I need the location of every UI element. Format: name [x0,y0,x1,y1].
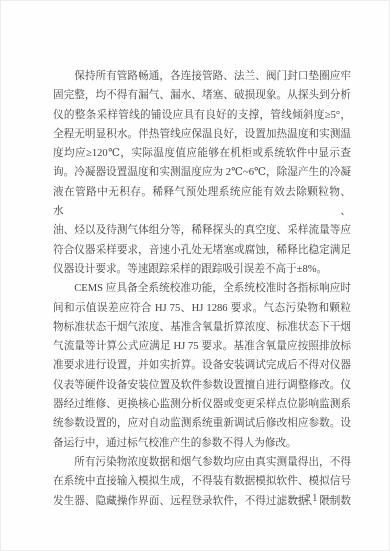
paragraph: CEMS 应具备全系统校准功能，全系统校准时各指标响应时间和示值误差应符合 HJ… [53,279,351,453]
document-body: 保持所有管路畅通，各连接管路、法兰、阀门封口垫圈应牢固完整，均不得有漏气、漏水、… [53,67,351,511]
text-line: 在系统中直接输入模拟生成，不得装有数据模拟软件、模拟信号 [53,472,351,491]
text-line: 所有污染物浓度数据和烟气参数均应由真实测量得出，不得 [53,453,351,472]
paragraph: 保持所有管路畅通，各连接管路、法兰、阀门封口垫圈应牢固完整，均不得有漏气、漏水、… [53,67,351,279]
text-line: 度均应≥120℃，实际温度值应能够在机柜或系统软件中显示查 [53,144,351,163]
text-line: 器经过维修、更换核心监测分析仪器或变更采样点位影响监测系 [53,395,351,414]
text-line: 准要求进行设置，并如实折算。设备安装调试完成后不得对仪器 [53,356,351,375]
text-line: 仪表等硬件设备安装位置及软件参数设置擅自进行调整修改。仪 [53,376,351,395]
text-line: 询。冷凝器设置温度和实测温度应为 2℃~6℃，除湿产生的冷凝 [53,163,351,182]
text-line: 仪的整条采样管线的铺设应具有良好的支撑，管线倾斜度≥5°， [53,106,351,125]
text-line: 物标准状态干烟气浓度、基准含氧量折算浓度、标准状态下干烟 [53,318,351,337]
text-line: 气流量等计算公式应满足 HJ 75 要求。基准含氧量应按照排放标 [53,337,351,356]
text-line: 符合仪器采样要求，音速小孔处无堵塞或腐蚀，稀释比稳定满足 [53,241,351,260]
text-line: 固完整，均不得有漏气、漏水、堵塞、破损现象。从探头到分析 [53,86,351,105]
text-line: 间和示值误差应符合 HJ 75、HJ 1286 要求。气态污染物和颗粒 [53,299,351,318]
text-line: 仪器设计要求。等速跟踪采样的跟踪吸引误差不高于±8%。 [53,260,351,279]
text-line: 备运行中，通过标气校准产生的参数不得人为修改。 [53,434,351,453]
document-page: 保持所有管路畅通，各连接管路、法兰、阀门封口垫圈应牢固完整，均不得有漏气、漏水、… [0,0,390,551]
page-number: — 21 — [289,493,335,504]
text-line: CEMS 应具备全系统校准功能，全系统校准时各指标响应时 [53,279,351,298]
text-line: 保持所有管路畅通，各连接管路、法兰、阀门封口垫圈应牢 [53,67,351,86]
text-line: 统参数设置的，应对自动监测系统重新调试后修改相应参数。设 [53,414,351,433]
text-line: 全程无明显积水。伴热管线应保温良好，设置加热温度和实测温 [53,125,351,144]
text-line: 油、烃以及待测气体组分等，稀释探头的真空度、采样流量等应 [53,221,351,240]
text-line: 液在管路中无积存。稀释气预处理系统应能有效去除颗粒物、水、 [53,183,351,222]
